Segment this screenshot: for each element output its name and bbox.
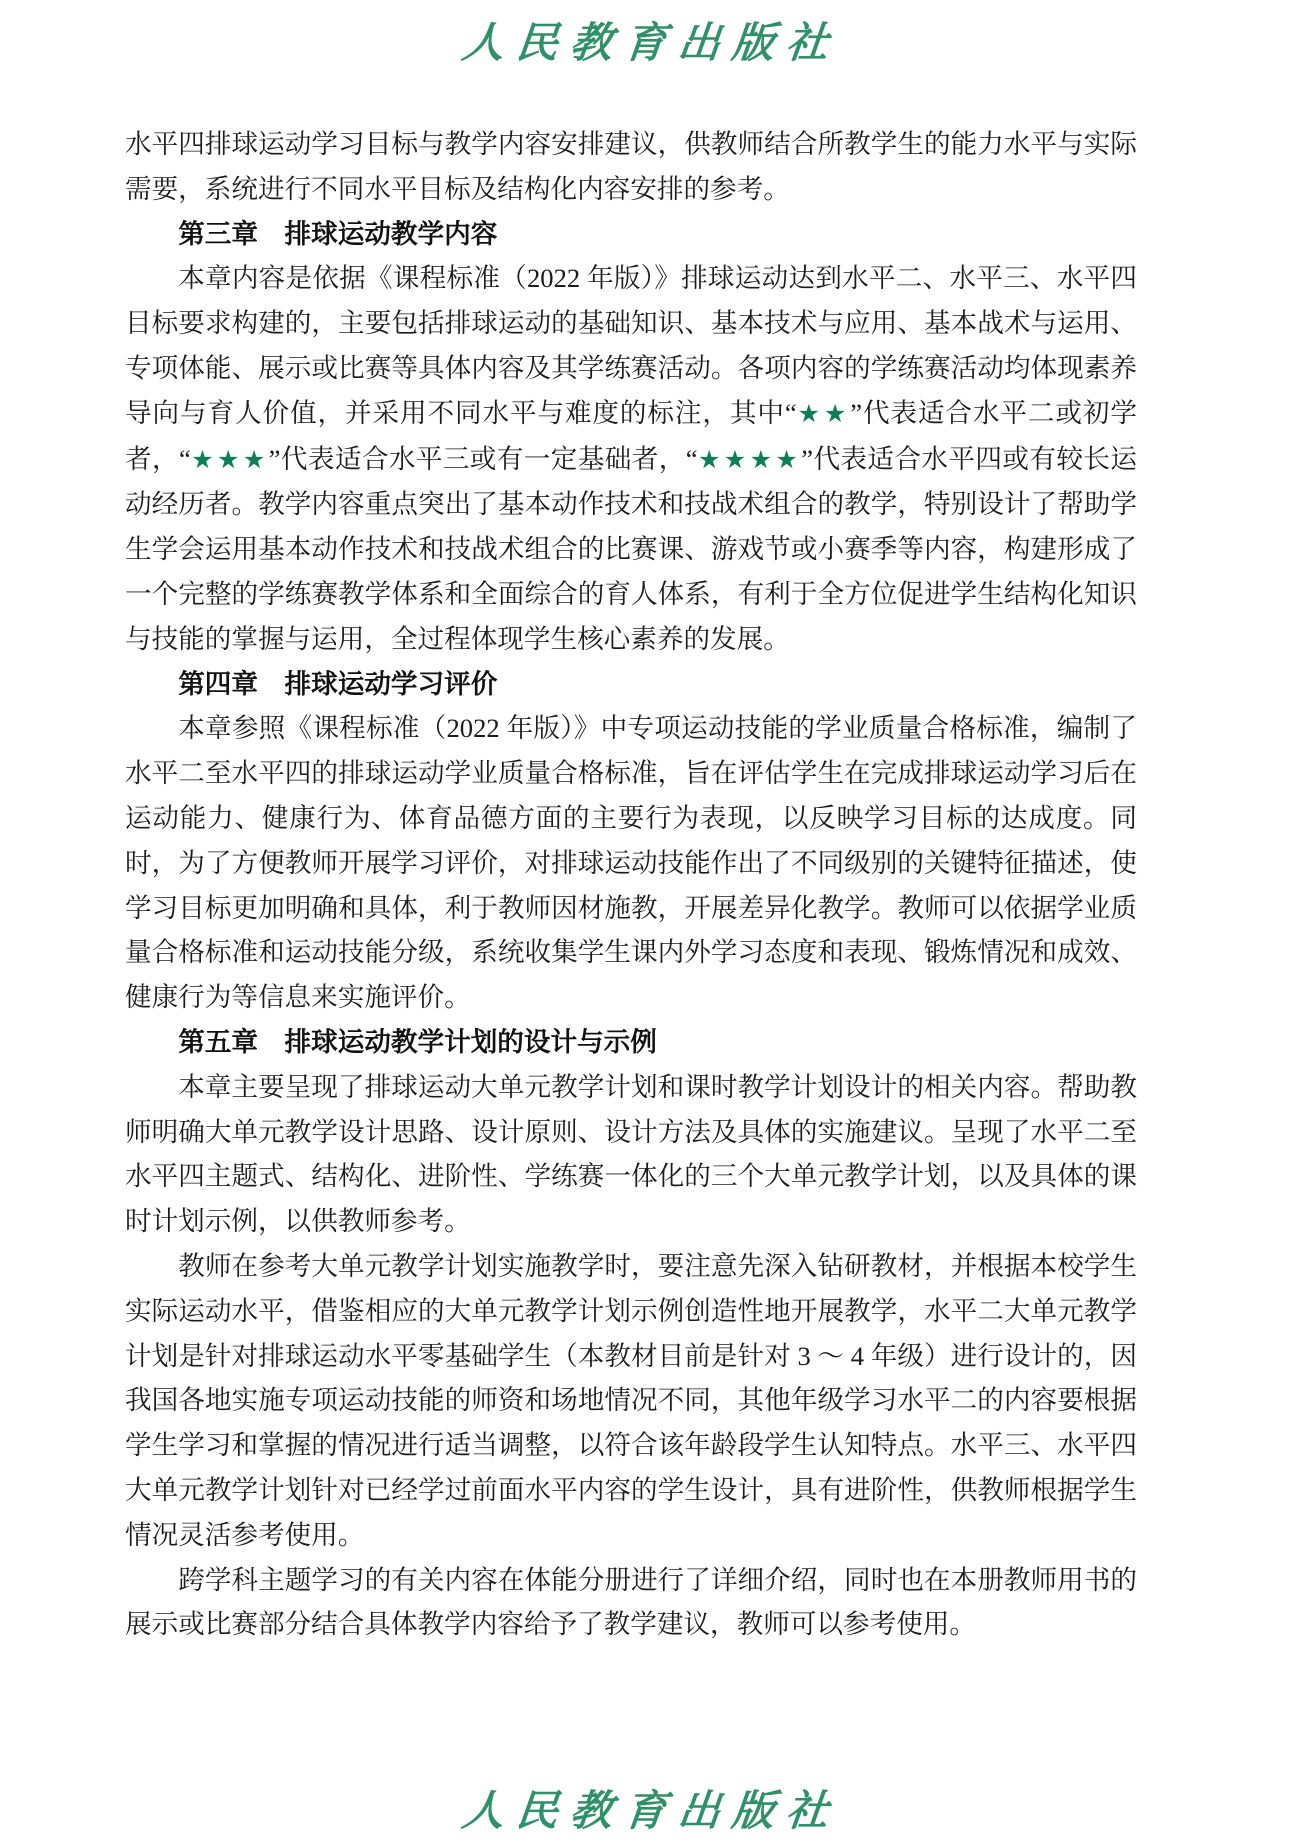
star-rating: ★★★★ <box>698 445 802 474</box>
text-run: ”代表适合水平三或有一定基础者，“ <box>269 444 698 474</box>
chapter-heading: 第五章 排球运动教学计划的设计与示例 <box>125 1020 1137 1065</box>
body-paragraph: 本章内容是依据《课程标准（2022 年版）》排球运动达到水平二、水平三、水平四目… <box>125 256 1137 661</box>
text-run: 水平四排球运动学习目标与教学内容安排建议，供教师结合所教学生的能力水平与实际需要… <box>125 129 1137 204</box>
text-run: 本章参照《课程标准（2022 年版）》中专项运动技能的学业质量合格标准，编制了水… <box>125 713 1137 1012</box>
text-run: ”代表适合水平四或有较长运动经历者。教学内容重点突出了基本动作技术和技战术组合的… <box>125 444 1137 654</box>
publisher-logo-top: 人民教育出版社 <box>0 10 1303 70</box>
page-content: 水平四排球运动学习目标与教学内容安排建议，供教师结合所教学生的能力水平与实际需要… <box>125 122 1137 1647</box>
text-run: 第三章 排球运动教学内容 <box>178 219 497 249</box>
body-paragraph: 本章参照《课程标准（2022 年版）》中专项运动技能的学业质量合格标准，编制了水… <box>125 706 1137 1020</box>
publisher-logo-bottom: 人民教育出版社 <box>0 1778 1303 1838</box>
body-paragraph: 跨学科主题学习的有关内容在体能分册进行了详细介绍，同时也在本册教师用书的展示或比… <box>125 1558 1137 1648</box>
text-run: 第四章 排球运动学习评价 <box>178 669 497 699</box>
star-rating: ★★★ <box>191 445 269 474</box>
star-rating: ★★ <box>797 399 851 428</box>
body-paragraph: 教师在参考大单元教学计划实施教学时，要注意先深入钻研教材，并根据本校学生实际运动… <box>125 1244 1137 1558</box>
chapter-heading: 第四章 排球运动学习评价 <box>125 662 1137 707</box>
text-run: 教师在参考大单元教学计划实施教学时，要注意先深入钻研教材，并根据本校学生实际运动… <box>125 1251 1137 1550</box>
book-page: 人民教育出版社 水平四排球运动学习目标与教学内容安排建议，供教师结合所教学生的能… <box>0 0 1303 1842</box>
text-run: 跨学科主题学习的有关内容在体能分册进行了详细介绍，同时也在本册教师用书的展示或比… <box>125 1565 1137 1640</box>
body-paragraph: 水平四排球运动学习目标与教学内容安排建议，供教师结合所教学生的能力水平与实际需要… <box>125 122 1137 212</box>
chapter-heading: 第三章 排球运动教学内容 <box>125 212 1137 257</box>
text-run: 第五章 排球运动教学计划的设计与示例 <box>178 1027 657 1057</box>
body-paragraph: 本章主要呈现了排球运动大单元教学计划和课时教学计划设计的相关内容。帮助教师明确大… <box>125 1065 1137 1244</box>
text-run: 本章主要呈现了排球运动大单元教学计划和课时教学计划设计的相关内容。帮助教师明确大… <box>125 1072 1137 1236</box>
